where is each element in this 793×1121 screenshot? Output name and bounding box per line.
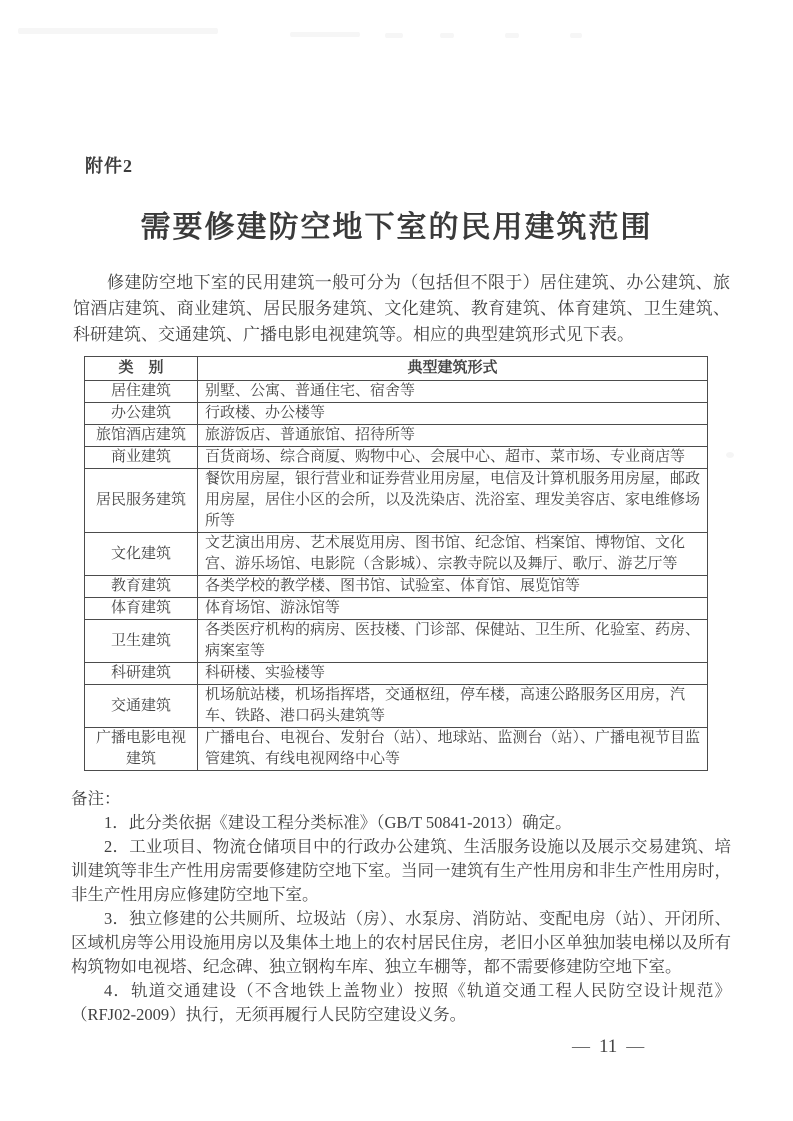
category-cell: 交通建筑 [85,685,198,728]
table-row: 科研建筑 科研楼、实验楼等 [85,663,708,685]
header-typical-forms: 典型建筑形式 [198,357,708,381]
category-cell: 卫生建筑 [85,620,198,663]
forms-cell: 科研楼、实验楼等 [198,663,708,685]
table-row: 体育建筑 体育场馆、游泳馆等 [85,598,708,620]
note-item-1: 1．此分类依据《建设工程分类标准》（GB/T 50841-2013）确定。 [71,811,731,835]
forms-cell: 机场航站楼，机场指挥塔，交通枢纽，停车楼，高速公路服务区用房，汽车、铁路、港口码… [198,685,708,728]
category-cell: 教育建筑 [85,576,198,598]
scan-artifact [570,33,582,38]
notes-section: 备注： 1．此分类依据《建设工程分类标准》（GB/T 50841-2013）确定… [71,787,731,1027]
category-cell: 居住建筑 [85,381,198,403]
attachment-label: 附件2 [85,152,793,178]
table-row: 办公建筑 行政楼、办公楼等 [85,403,708,425]
table-row: 卫生建筑 各类医疗机构的病房、医技楼、门诊部、保健站、卫生所、化验室、药房、病案… [85,620,708,663]
forms-cell: 别墅、公寓、普通住宅、宿舍等 [198,381,708,403]
category-cell: 文化建筑 [85,533,198,576]
forms-cell: 广播电台、电视台、发射台（站）、地球站、监测台（站）、广播电视节目监管建筑、有线… [198,728,708,771]
category-cell: 商业建筑 [85,447,198,469]
forms-cell: 旅游饭店、普通旅馆、招待所等 [198,425,708,447]
category-cell: 居民服务建筑 [85,469,198,533]
scan-artifact [18,28,218,34]
forms-cell: 餐饮用房屋，银行营业和证券营业用房屋，电信及计算机服务用房屋，邮政用房屋，居住小… [198,469,708,533]
intro-paragraph: 修建防空地下室的民用建筑一般可分为（包括但不限于）居住建筑、办公建筑、旅馆酒店建… [73,270,730,348]
footer-dash-left: — [563,1036,599,1056]
page-title: 需要修建防空地下室的民用建筑范围 [0,202,793,246]
table-row: 广播电影电视建筑 广播电台、电视台、发射台（站）、地球站、监测台（站）、广播电视… [85,728,708,771]
forms-cell: 体育场馆、游泳馆等 [198,598,708,620]
table-row: 教育建筑 各类学校的教学楼、图书馆、试验室、体育馆、展览馆等 [85,576,708,598]
table-row: 交通建筑 机场航站楼，机场指挥塔，交通枢纽，停车楼，高速公路服务区用房，汽车、铁… [85,685,708,728]
forms-cell: 百货商场、综合商厦、购物中心、会展中心、超市、菜市场、专业商店等 [198,447,708,469]
note-item-3: 3．独立修建的公共厕所、垃圾站（房）、水泵房、消防站、变配电房（站）、开闭所、区… [71,907,731,979]
table-row: 旅馆酒店建筑 旅游饭店、普通旅馆、招待所等 [85,425,708,447]
forms-cell: 行政楼、办公楼等 [198,403,708,425]
scan-artifact [505,33,519,38]
note-item-4: 4．轨道交通建设（不含地铁上盖物业）按照《轨道交通工程人民防空设计规范》（RFJ… [71,979,731,1027]
forms-cell: 各类学校的教学楼、图书馆、试验室、体育馆、展览馆等 [198,576,708,598]
table-row: 居民服务建筑 餐饮用房屋，银行营业和证券营业用房屋，电信及计算机服务用房屋，邮政… [85,469,708,533]
page-number: 11 [599,1036,617,1057]
scan-artifact [440,33,454,38]
building-categories-table: 类 别 典型建筑形式 居住建筑 别墅、公寓、普通住宅、宿舍等 办公建筑 行政楼、… [84,356,708,771]
category-cell: 科研建筑 [85,663,198,685]
category-cell: 广播电影电视建筑 [85,728,198,771]
footer-dash-right: — [617,1036,653,1056]
table-row: 商业建筑 百货商场、综合商厦、购物中心、会展中心、超市、菜市场、专业商店等 [85,447,708,469]
category-cell: 旅馆酒店建筑 [85,425,198,447]
table-row: 文化建筑 文艺演出用房、艺术展览用房、图书馆、纪念馆、档案馆、博物馆、文化宫、游… [85,533,708,576]
scan-artifact [385,33,403,38]
forms-cell: 各类医疗机构的病房、医技楼、门诊部、保健站、卫生所、化验室、药房、病案室等 [198,620,708,663]
category-cell: 办公建筑 [85,403,198,425]
note-item-2: 2．工业项目、物流仓储项目中的行政办公建筑、生活服务设施以及展示交易建筑、培训建… [71,835,731,907]
table-header-row: 类 别 典型建筑形式 [85,357,708,381]
page-number-footer: —11— [563,1036,653,1058]
header-category: 类 别 [85,357,198,381]
scan-artifact [726,452,734,458]
document-page: 附件2 需要修建防空地下室的民用建筑范围 修建防空地下室的民用建筑一般可分为（包… [0,0,793,1121]
scan-artifact [290,32,360,37]
forms-cell: 文艺演出用房、艺术展览用房、图书馆、纪念馆、档案馆、博物馆、文化宫、游乐场馆、电… [198,533,708,576]
category-cell: 体育建筑 [85,598,198,620]
notes-label: 备注： [71,787,731,811]
table-row: 居住建筑 别墅、公寓、普通住宅、宿舍等 [85,381,708,403]
